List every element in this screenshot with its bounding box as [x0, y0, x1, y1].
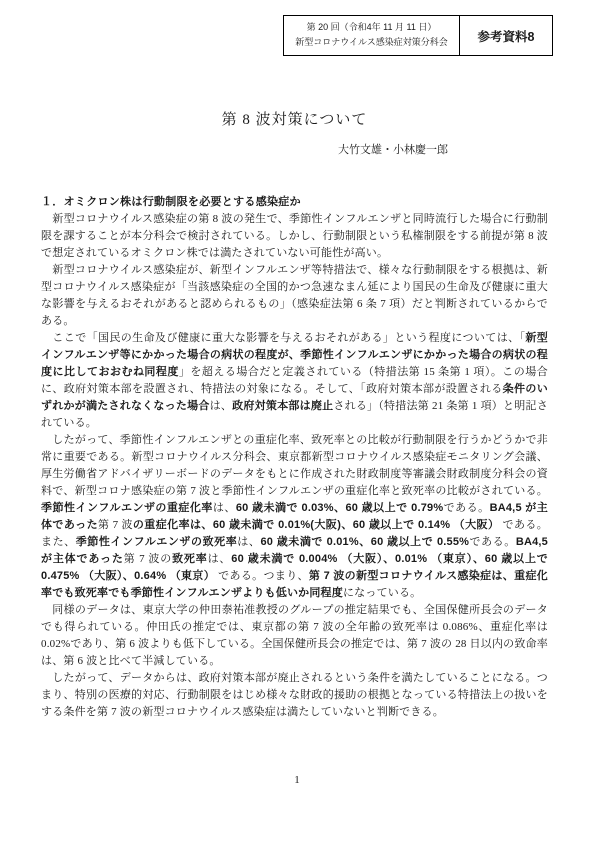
emphasis-text: 60 歳未満で 0.03%、60 歳以上で 0.79% [236, 502, 444, 514]
page-number: 1 [0, 774, 594, 786]
document-title: 第 8 波対策について [41, 108, 548, 129]
body-text: 同様のデータは、東京大学の仲田泰祐准教授のグループの推定結果でも、全国保健所長会… [41, 604, 548, 667]
emphasis-text: 季節性インフルエンザの重症化率 [41, 502, 213, 514]
document-page: 第 20 回（令和4年 11 月 11 日） 新型コロナウイルス感染症対策分科会… [0, 0, 594, 842]
emphasis-text: の重症化率は、60 歳未満で 0.01%(大阪)、60 歳以上で 0.14% （… [133, 519, 499, 531]
body-text: ここで「国民の生命及び健康に重大な影響を与えるおそれがある」という程度については… [41, 332, 525, 344]
body-text: は、 [213, 502, 236, 514]
section-1-heading: １．オミクロン株は行動制限を必要とする感染症か [41, 194, 548, 211]
emphasis-text: 致死率 [172, 553, 208, 565]
body-text: である。つまり、 [215, 570, 309, 582]
authors-line: 大竹文雄・小林慶一郎 [41, 141, 548, 157]
paragraph: したがって、季節性インフルエンザとの重症化率、致死率との比較が行動制限を行うかど… [41, 432, 548, 602]
paragraph: したがって、データからは、政府対策本部が廃止されるという条件を満たしていることに… [41, 670, 548, 721]
body-text: 新型コロナウイルス感染症が、新型インフルエンザ等特措法で、様々な行動制限をする根… [41, 264, 548, 327]
body-text: 新型コロナウイルス感染症の第 8 波の発生で、季節性インフルエンザと同時流行した… [41, 213, 548, 259]
paragraph: ここで「国民の生命及び健康に重大な影響を与えるおそれがある」という程度については… [41, 330, 548, 432]
body-paragraphs: 新型コロナウイルス感染症の第 8 波の発生で、季節性インフルエンザと同時流行した… [41, 211, 548, 721]
body-text: 第 7 波の [124, 553, 172, 565]
body-text: である。 [443, 502, 489, 514]
emphasis-text: 季節性インフルエンザの致死率 [76, 536, 238, 548]
emphasis-text: 政府対策本部は廃止 [232, 400, 333, 412]
paragraph: 新型コロナウイルス感染症の第 8 波の発生で、季節性インフルエンザと同時流行した… [41, 211, 548, 262]
body-text: したがって、データからは、政府対策本部が廃止されるという条件を満たしていることに… [41, 672, 548, 718]
body-text: したがって、季節性インフルエンザとの重症化率、致死率との比較が行動制限を行うかど… [41, 434, 548, 497]
document-content: 第 8 波対策について 大竹文雄・小林慶一郎 １．オミクロン株は行動制限を必要と… [41, 0, 548, 721]
paragraph: 新型コロナウイルス感染症が、新型インフルエンザ等特措法で、様々な行動制限をする根… [41, 262, 548, 330]
body-text: になっている。 [343, 587, 421, 599]
body-text: 第 7 波 [98, 519, 133, 531]
body-text: は、 [237, 536, 260, 548]
body-text: は、 [210, 400, 233, 412]
body-text: である。 [469, 536, 516, 548]
body-text: は、 [208, 553, 232, 565]
emphasis-text: 60 歳未満で 0.01%、60 歳以上で 0.55% [260, 536, 469, 548]
paragraph: 同様のデータは、東京大学の仲田泰祐准教授のグループの推定結果でも、全国保健所長会… [41, 602, 548, 670]
